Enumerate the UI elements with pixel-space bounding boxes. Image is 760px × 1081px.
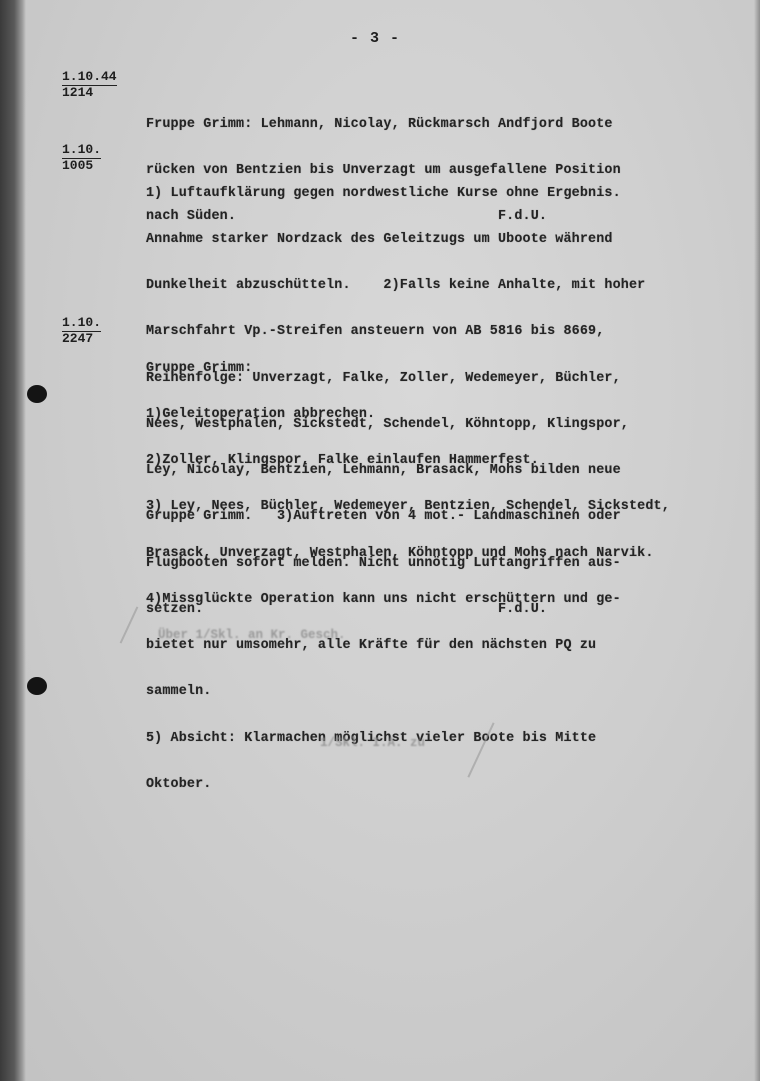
punch-hole-icon xyxy=(27,385,47,403)
binding-shadow xyxy=(0,0,26,1081)
text-line: Fruppe Grimm: Lehmann, Nicolay, Rückmars… xyxy=(146,117,760,132)
entry-date: 1.10.44 xyxy=(62,70,117,86)
text-line: 5) Absicht: Klarmachen möglichst vieler … xyxy=(146,731,760,746)
entry-body: Gruppe Grimm: 1)Geleitoperation abbreche… xyxy=(146,330,760,823)
text-line: 4)Missglückte Operation kann uns nicht e… xyxy=(146,592,760,607)
text-line: Oktober. xyxy=(146,777,760,792)
text-line: 1) Luftaufklärung gegen nordwestliche Ku… xyxy=(146,186,760,201)
text-line: 3) Ley, Nees, Büchler, Wedemeyer, Bentzi… xyxy=(146,499,760,514)
page-number: - 3 - xyxy=(350,30,400,47)
entry-time: 1214 xyxy=(62,86,142,100)
text-line: Dunkelheit abzuschütteln. 2)Falls keine … xyxy=(146,278,760,293)
entry-date: 1.10. xyxy=(62,316,101,332)
reference-note: 1/Skl. I.A. zu xyxy=(320,736,425,750)
entry-timestamp: 1.10. 2247 xyxy=(62,316,142,346)
punch-hole-icon xyxy=(27,677,47,695)
text-line: Gruppe Grimm: xyxy=(146,361,760,376)
routing-note: Über 1/Skl. an Kr. Gesch. xyxy=(158,628,346,642)
entry-time: 1005 xyxy=(62,159,142,173)
text-line: Annahme starker Nordzack des Geleitzugs … xyxy=(146,232,760,247)
entry-timestamp: 1.10.44 1214 xyxy=(62,70,142,100)
text-line: 2)Zoller, Klingspor, Falke einlaufen Ham… xyxy=(146,453,760,468)
entry-time: 2247 xyxy=(62,332,142,346)
entry-timestamp: 1.10. 1005 xyxy=(62,143,142,173)
bleed-through-header xyxy=(400,40,740,60)
entry-date: 1.10. xyxy=(62,143,101,159)
text-line: 1)Geleitoperation abbrechen. xyxy=(146,407,760,422)
text-line: Brasack, Unverzagt, Westphalen, Köhntopp… xyxy=(146,546,760,561)
text-line: sammeln. xyxy=(146,684,760,699)
document-page: - 3 - 1.10.44 1214 Fruppe Grimm: Lehmann… xyxy=(0,0,760,1081)
pencil-mark xyxy=(120,606,139,643)
